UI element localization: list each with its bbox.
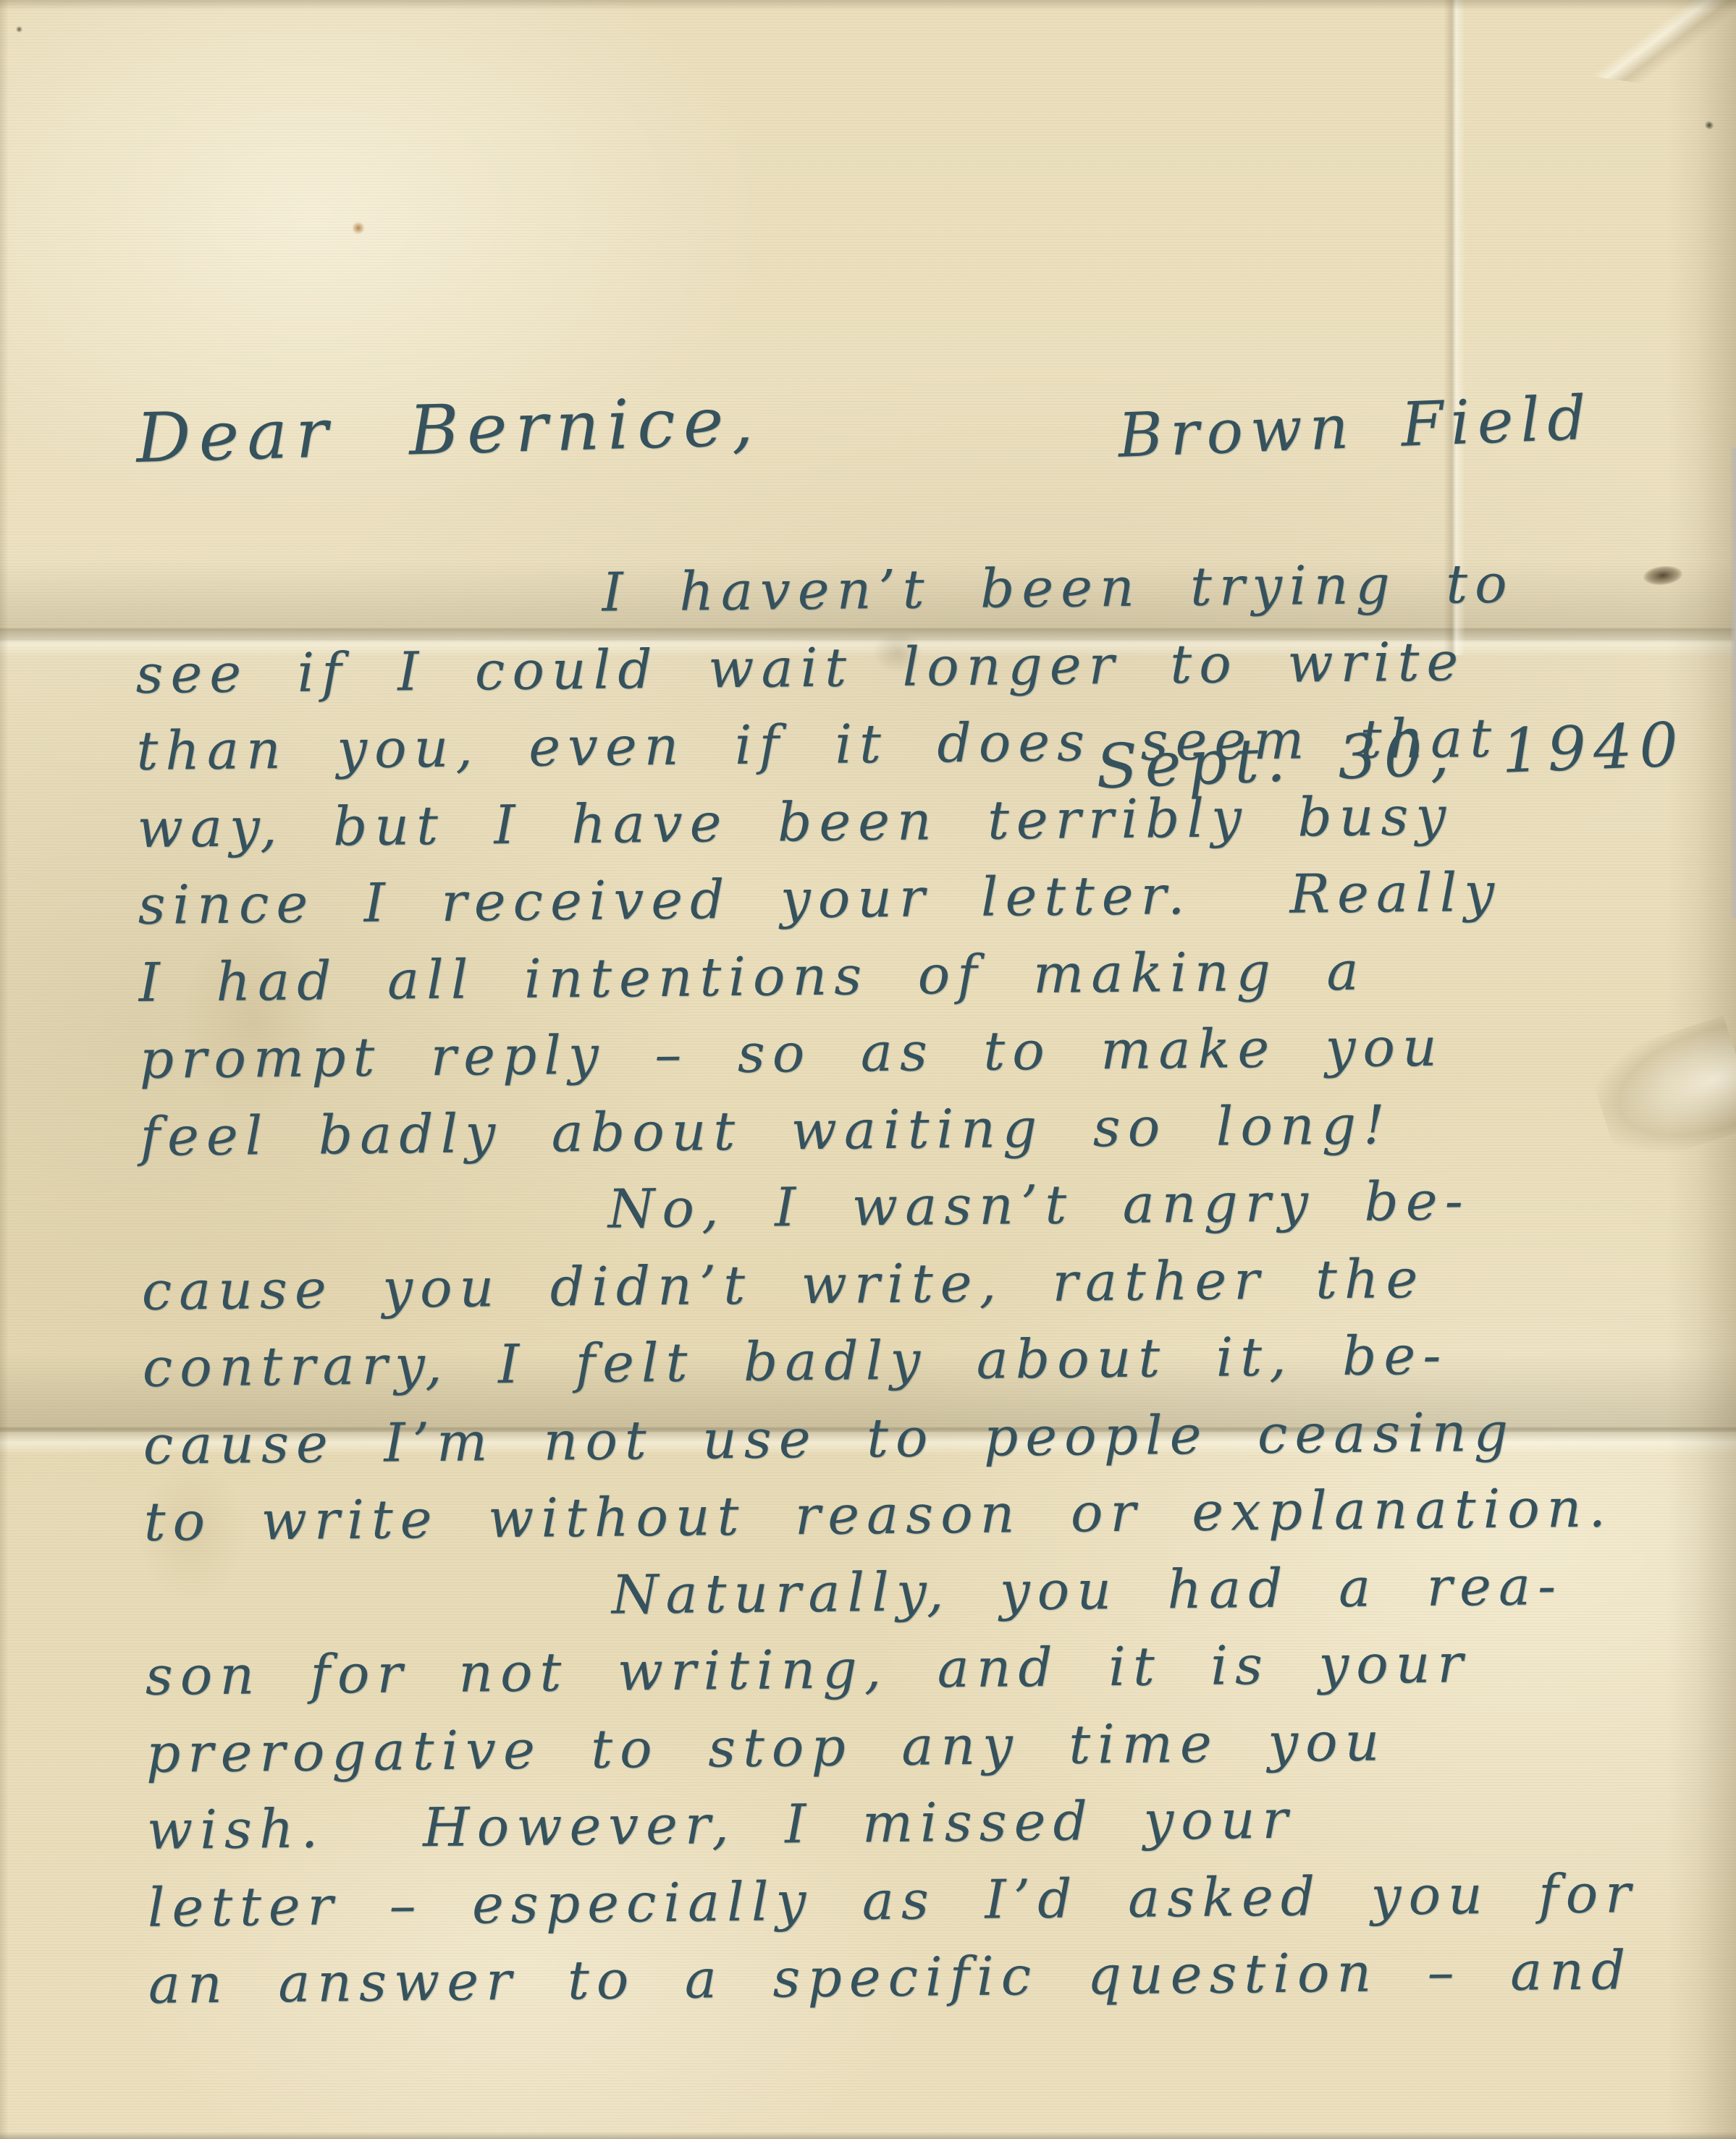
letter-line: son for not writing, and it is your: [145, 1623, 1687, 1715]
letter-salutation: Dear Bernice,: [135, 382, 762, 478]
letter-line: feel badly about waiting so long!: [140, 1084, 1682, 1176]
letter-line: letter – especially as I’d asked you for: [147, 1855, 1690, 1946]
letter-line: prompt reply – so as to make you: [139, 1007, 1682, 1099]
letter-line: No, I wasn’t angry be-: [140, 1161, 1683, 1253]
letter-line: I haven’t been trying to: [135, 544, 1677, 636]
letter-line: wish. However, I missed your: [146, 1777, 1689, 1869]
rust-stain: [352, 222, 365, 235]
letter-page: Brown Field Sept. 30, 1940 Dear Bernice,…: [0, 0, 1736, 2139]
letter-line: prerogative to stop any time you: [146, 1700, 1688, 1792]
paper-edge-bottom: [0, 2132, 1736, 2139]
letter-body: I haven’t been trying to see if I could …: [135, 544, 1690, 2024]
letter-location: Brown Field: [1116, 360, 1675, 491]
torn-right-edge: [1731, 447, 1736, 918]
letter-line: since I received your letter. Really: [138, 853, 1680, 945]
letter-line: than you, even if it does seem that: [136, 699, 1679, 790]
letter-line: cause I’m not use to people ceasing: [143, 1392, 1685, 1484]
letter-line: an answer to a specific question – and: [148, 1931, 1690, 2023]
speck-top-left: [16, 26, 22, 33]
letter-line: Naturally, you had a rea-: [144, 1546, 1687, 1638]
letter-line: I had all intentions of making a: [138, 929, 1681, 1021]
paper-edge-left: [0, 0, 9, 2139]
letter-line: contrary, I felt badly about it, be-: [142, 1315, 1685, 1407]
paper-edge-top: [0, 0, 1736, 10]
letter-line: way, but I have been terribly busy: [137, 775, 1680, 867]
letter-line: see if I could wait longer to write: [135, 621, 1678, 713]
letter-line: cause you didn’t write, rather the: [141, 1238, 1684, 1330]
letter-line: to write without reason or explanation.: [143, 1469, 1686, 1561]
